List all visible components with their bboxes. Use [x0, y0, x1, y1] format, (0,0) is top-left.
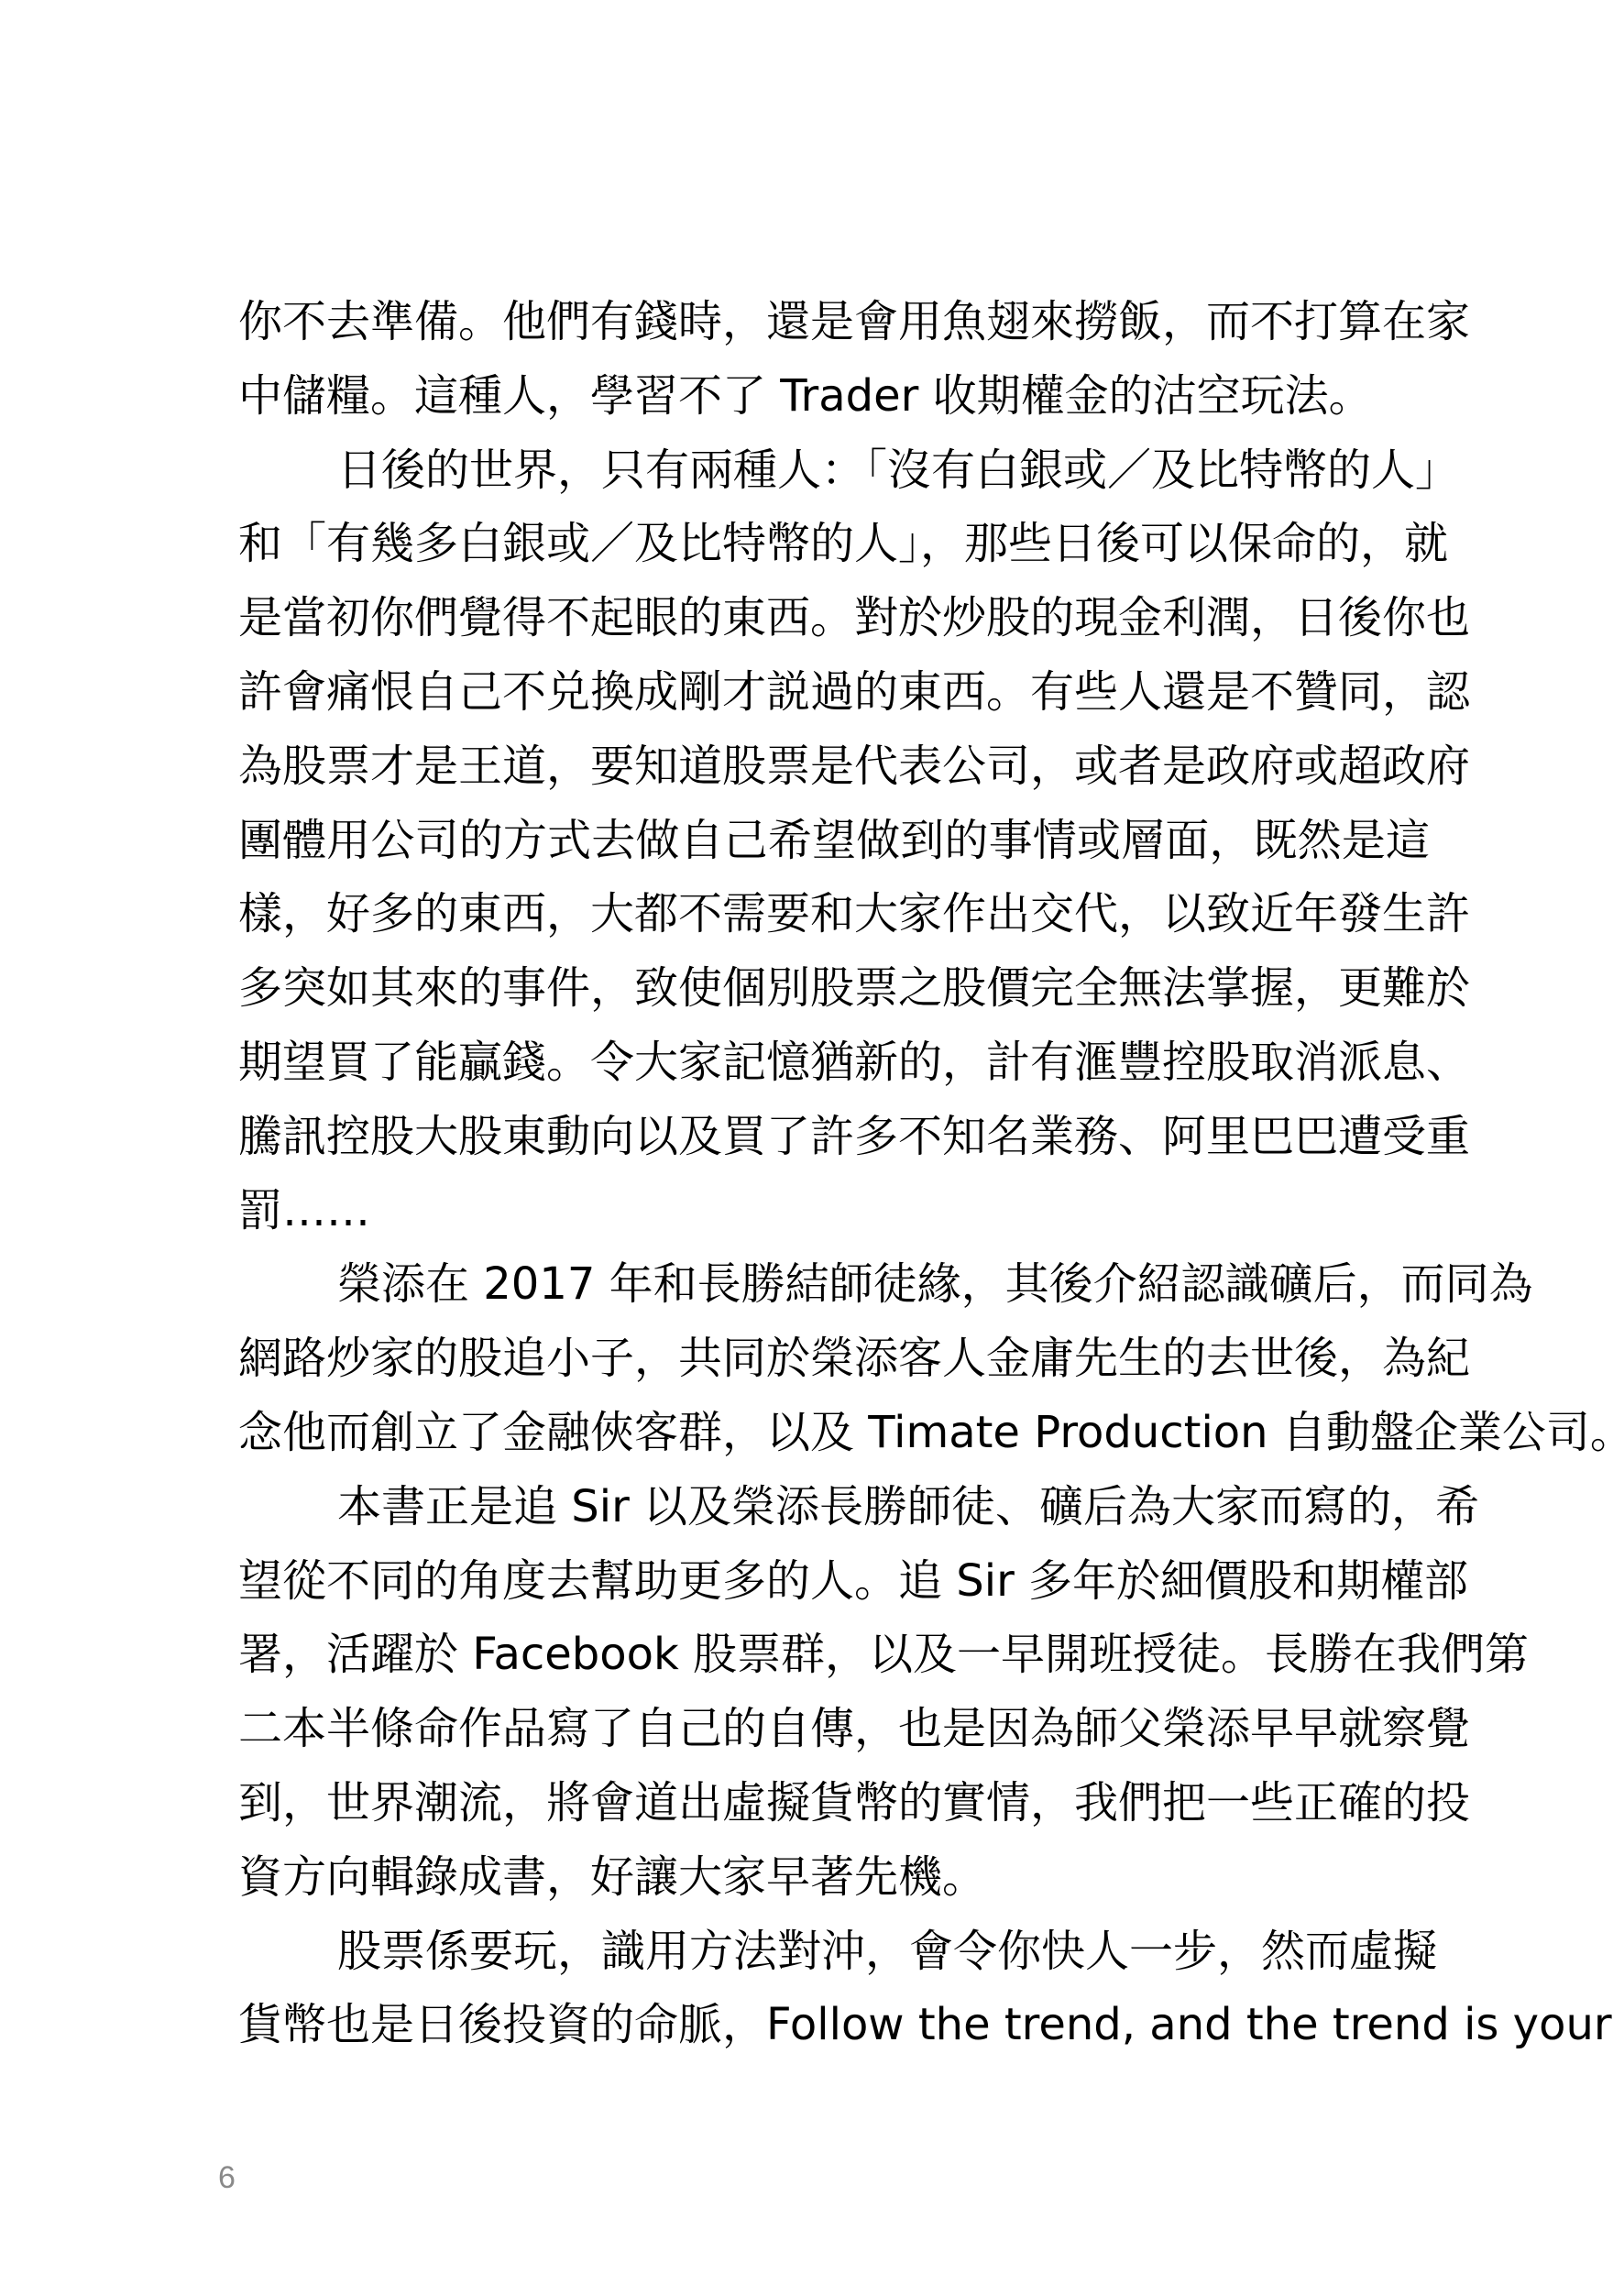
text-line: 榮添在 2017 年和長勝結師徒緣，其後介紹認識礦后，而同為	[238, 1247, 1430, 1322]
text-line: 騰訊控股大股東動向以及買了許多不知名業務、阿里巴巴遭受重	[238, 1100, 1430, 1174]
text-line: 資方向輯錄成書，好讓大家早著先機。	[238, 1840, 1430, 1915]
paragraph: 你不去準備。他們有錢時，還是會用魚翅來撈飯，而不打算在家 中儲糧。這種人，學習不…	[238, 285, 1430, 434]
text-line: 罰……	[238, 1174, 1430, 1248]
text-line: 是當初你們覺得不起眼的東西。對於炒股的現金利潤，日後你也	[238, 581, 1430, 655]
text-line: 許會痛恨自己不兑換成剛才説過的東西。有些人還是不贊同，認	[238, 655, 1430, 730]
paragraph: 榮添在 2017 年和長勝結師徒緣，其後介紹認識礦后，而同為 網路炒家的股追小子…	[238, 1247, 1430, 1469]
text-line: 到，世界潮流，將會道出虛擬貨幣的實情，我們把一些正確的投	[238, 1766, 1430, 1840]
text-line: 股票係要玩，識用方法對沖，會令你快人一步，然而虛擬	[238, 1915, 1430, 1989]
text-line: 樣，好多的東西，大都不需要和大家作出交代，以致近年發生許	[238, 877, 1430, 951]
text-line: 貨幣也是日後投資的命脈，Follow the trend, and the tr…	[238, 1988, 1430, 2062]
text-line: 念他而創立了金融俠客群，以及 Timate Production 自動盤企業公司…	[238, 1396, 1430, 1470]
text-line: 中儲糧。這種人，學習不了 Trader 收期權金的沽空玩法。	[238, 359, 1430, 434]
paragraph: 本書正是追 Sir 以及榮添長勝師徒、礦后為大家而寫的，希 望從不同的角度去幫助…	[238, 1470, 1430, 1915]
text-line: 網路炒家的股追小子，共同於榮添客人金庸先生的去世後，為紀	[238, 1322, 1430, 1396]
text-line: 二本半條命作品寫了自己的自傳，也是因為師父榮添早早就察覺	[238, 1692, 1430, 1766]
book-page: 你不去準備。他們有錢時，還是會用魚翅來撈飯，而不打算在家 中儲糧。這種人，學習不…	[0, 0, 1624, 2273]
text-line: 團體用公司的方式去做自己希望做到的事情或層面，既然是這	[238, 804, 1430, 878]
text-line: 為股票才是王道，要知道股票是代表公司，或者是政府或超政府	[238, 730, 1430, 804]
text-line: 多突如其來的事件，致使個別股票之股價完全無法掌握，更難於	[238, 951, 1430, 1026]
text-line: 期望買了能贏錢。令大家記憶猶新的，計有滙豐控股取消派息、	[238, 1026, 1430, 1100]
page-number: 6	[218, 2159, 236, 2196]
text-line: 本書正是追 Sir 以及榮添長勝師徒、礦后為大家而寫的，希	[238, 1470, 1430, 1544]
body-text: 你不去準備。他們有錢時，還是會用魚翅來撈飯，而不打算在家 中儲糧。這種人，學習不…	[238, 285, 1430, 2062]
text-line: 日後的世界，只有兩種人：「沒有白銀或／及比特幣的人」	[238, 434, 1430, 508]
paragraph: 日後的世界，只有兩種人：「沒有白銀或／及比特幣的人」 和「有幾多白銀或／及比特幣…	[238, 434, 1430, 1248]
text-line: 署，活躍於 Facebook 股票群，以及一早開班授徒。長勝在我們第	[238, 1618, 1430, 1692]
text-line: 你不去準備。他們有錢時，還是會用魚翅來撈飯，而不打算在家	[238, 285, 1430, 359]
text-line: 和「有幾多白銀或／及比特幣的人」，那些日後可以保命的，就	[238, 507, 1430, 581]
text-line: 望從不同的角度去幫助更多的人。追 Sir 多年於細價股和期權部	[238, 1544, 1430, 1619]
paragraph: 股票係要玩，識用方法對沖，會令你快人一步，然而虛擬 貨幣也是日後投資的命脈，Fo…	[238, 1915, 1430, 2063]
